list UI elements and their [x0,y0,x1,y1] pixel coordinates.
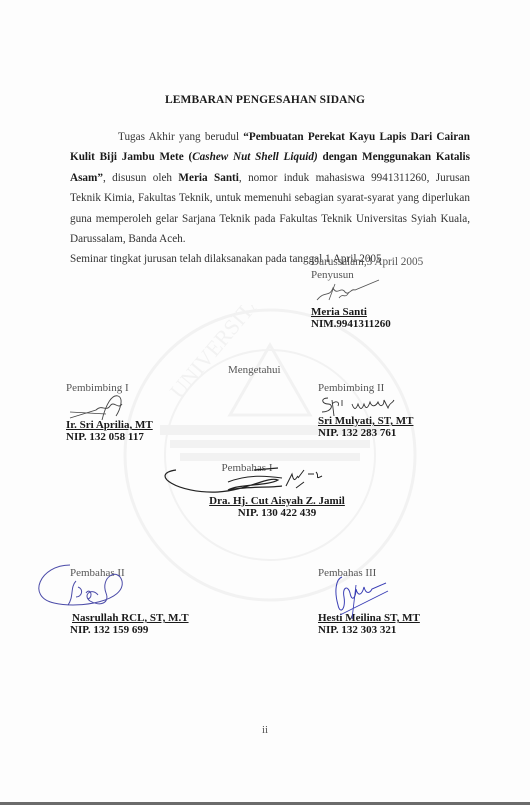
author-nim: NIM.9941311260 [311,318,471,331]
acknowledged-label: Mengetahui [228,364,281,377]
signature-pembimbing-1 [66,390,136,424]
signatory-name: Dra. Hj. Cut Aisyah Z. Jamil [182,495,372,507]
signature-pembahas-3 [328,575,398,621]
signatory-nip: NIP. 132 283 761 [318,427,468,440]
approval-paragraph: Tugas Akhir yang berudul “Pembuatan Pere… [70,127,470,270]
signature-block-pembahas-1: Pembahas I Dra. Hj. Cut Aisyah Z. Jamil … [182,462,372,520]
signature-block-pembimbing-1: Pembimbing I Ir. Sri Aprilia, MT NIP. 13… [66,382,216,444]
signature-pembahas-1 [158,464,378,496]
page-number: ii [0,724,530,736]
signatory-nip: NIP. 132 058 117 [66,431,216,444]
signatory-nip: NIP. 130 422 439 [182,507,372,520]
signature-block-pembahas-3: Pembahas III Hesti Meilina ST, MT NIP. 1… [318,567,468,637]
thesis-title-english: Cashew Nut Shell Liquid) [192,151,318,163]
document-title: LEMBARAN PENGESAHAN SIDANG [0,94,530,106]
signatory-nip: NIP. 132 159 699 [70,624,240,637]
signature-block-pembimbing-2: Pembimbing II Sri Mulyati, ST, MT NIP. 1… [318,382,468,440]
mid-text: , disusun oleh [103,172,178,184]
author-name-inline: Meria Santi [178,172,238,184]
author-signature-block: Darussalam,3 April 2005 Penyusun Meria S… [311,256,471,331]
signatory-name: Sri Mulyati, ST, MT [318,415,468,427]
intro-text: Tugas Akhir yang berudul [118,131,243,143]
author-name: Meria Santi [311,306,471,318]
signature-pembahas-2 [30,557,140,617]
place-date: Darussalam,3 April 2005 [311,256,471,269]
signature-block-pembahas-2: Pembahas II Nasrullah RCL, ST, M.T NIP. … [70,567,240,637]
author-signature [315,278,385,304]
signatory-nip: NIP. 132 303 321 [318,624,468,637]
signature-pembimbing-2 [318,394,408,416]
university-logo-watermark: UNIVERSITAS [120,305,420,605]
